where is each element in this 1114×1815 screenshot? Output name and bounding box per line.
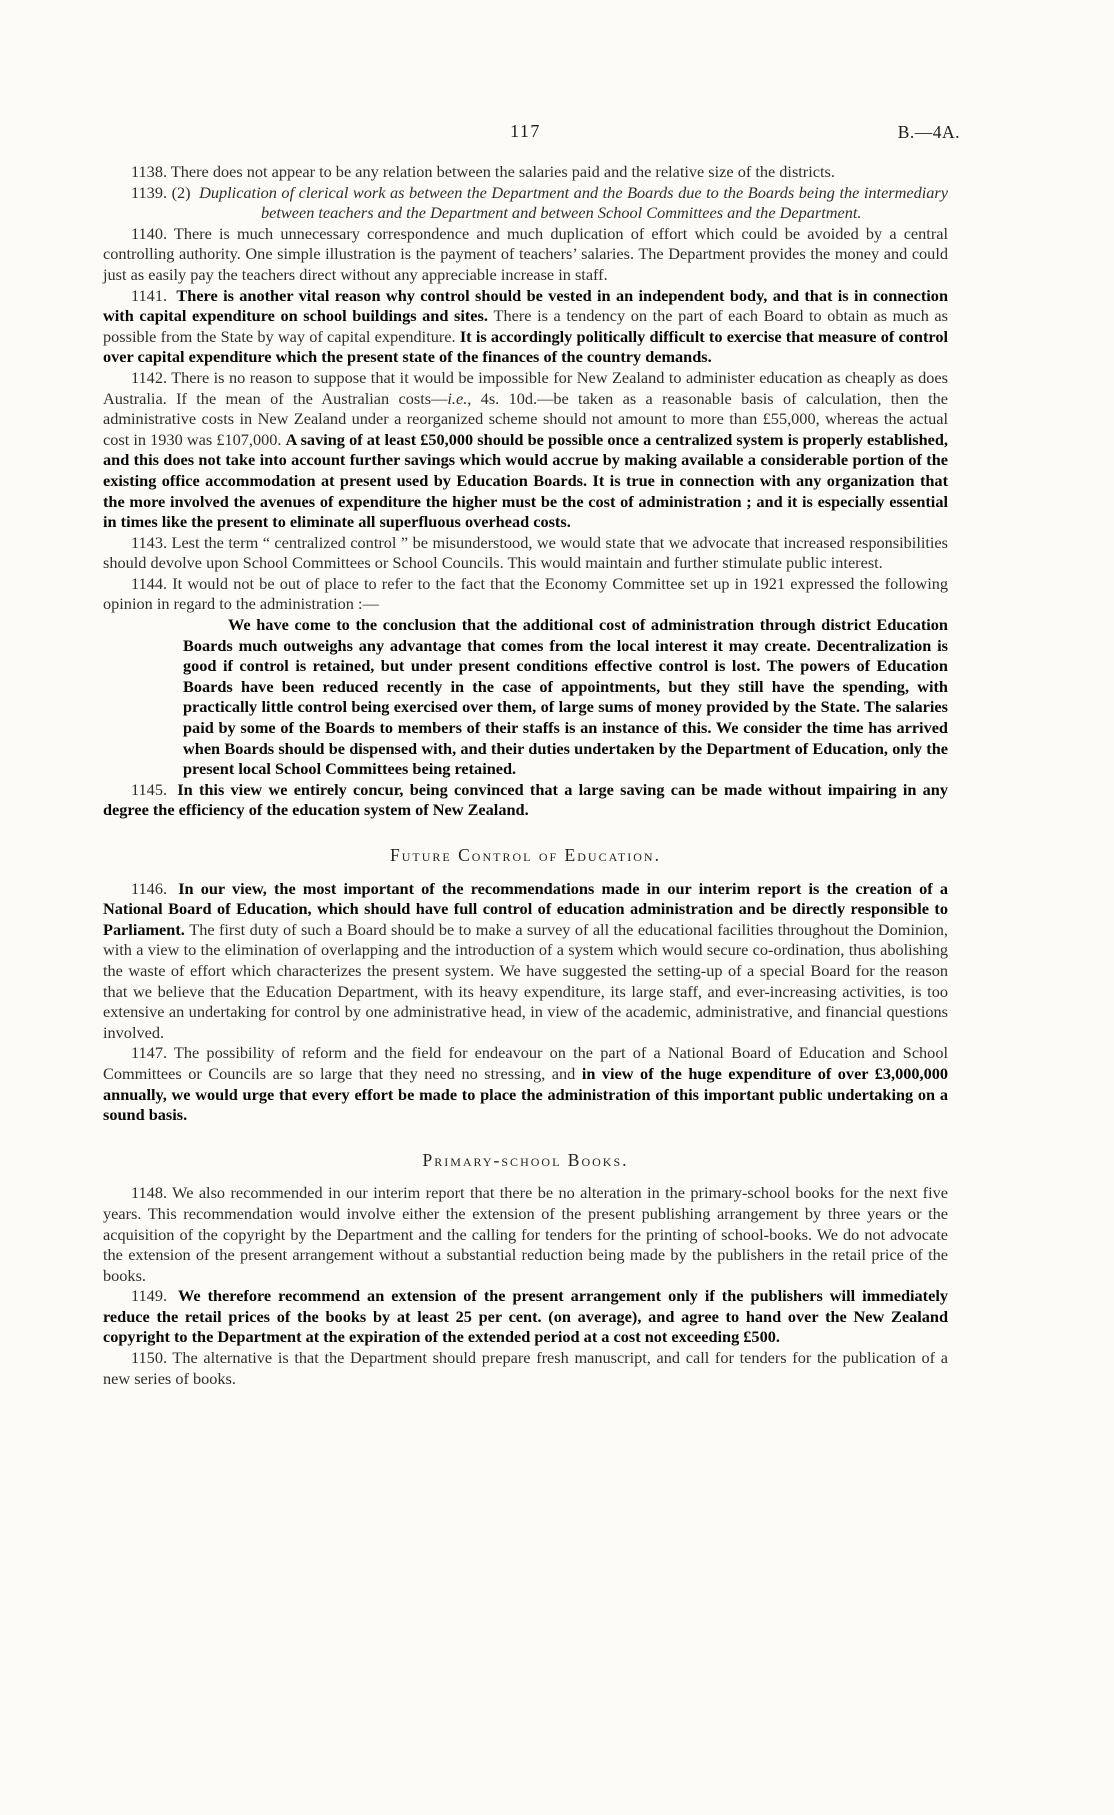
paragraph-text: Duplication of clerical work as between … bbox=[199, 183, 948, 223]
paragraph-text: 1140. There is much unnecessary correspo… bbox=[103, 224, 948, 284]
paragraph-number: 1146. bbox=[131, 879, 178, 898]
paragraph-1144: 1144. It would not be out of place to re… bbox=[103, 574, 948, 615]
heading-future-control-of-education: Future Control of Education. bbox=[103, 845, 948, 866]
paragraph-text-bold: We therefore recommend an extension of t… bbox=[103, 1286, 948, 1346]
paragraph-1146: 1146. In our view, the most important of… bbox=[103, 879, 948, 1044]
paragraph-number: 1141. bbox=[131, 286, 176, 305]
paragraph-1142: 1142. There is no reason to suppose that… bbox=[103, 368, 948, 533]
blockquote-economy-committee: We have come to the conclusion that the … bbox=[183, 615, 948, 780]
paragraph-1148: 1148. We also recommended in our interim… bbox=[103, 1183, 948, 1286]
paragraph-number: 1139. (2) bbox=[131, 183, 199, 202]
paragraph-1139: 1139. (2) Duplication of clerical work a… bbox=[261, 183, 948, 224]
paragraph-text: 1138. There does not appear to be any re… bbox=[131, 162, 835, 181]
paragraph-text: The first duty of such a Board should be… bbox=[103, 920, 948, 1042]
paragraph-1150: 1150. The alternative is that the Depart… bbox=[103, 1348, 948, 1389]
paragraph-number: 1149. bbox=[131, 1286, 178, 1305]
paragraph-text: 1144. It would not be out of place to re… bbox=[103, 574, 948, 614]
body-text-column: 1138. There does not appear to be any re… bbox=[103, 162, 948, 1389]
heading-primary-school-books: Primary-school Books. bbox=[103, 1150, 948, 1171]
paragraph-1143: 1143. Lest the term “ centralized contro… bbox=[103, 533, 948, 574]
paragraph-1140: 1140. There is much unnecessary correspo… bbox=[103, 224, 948, 286]
paragraph-text-italic: i.e. bbox=[447, 389, 467, 408]
scanned-report-page: 117 B.—4A. 1138. There does not appear t… bbox=[0, 0, 1114, 1815]
folio-reference: B.—4A. bbox=[898, 122, 960, 143]
paragraph-1138: 1138. There does not appear to be any re… bbox=[103, 162, 948, 183]
page-header: 117 B.—4A. bbox=[103, 121, 948, 149]
page-number: 117 bbox=[103, 121, 948, 142]
paragraph-text-bold: In this view we entirely concur, being c… bbox=[103, 780, 948, 820]
paragraph-number: 1145. bbox=[131, 780, 177, 799]
paragraph-text: 1150. The alternative is that the Depart… bbox=[103, 1348, 948, 1388]
quote-text-bold: We have come to the conclusion that the … bbox=[183, 615, 948, 778]
paragraph-text: 1143. Lest the term “ centralized contro… bbox=[103, 533, 948, 573]
paragraph-1149: 1149. We therefore recommend an extensio… bbox=[103, 1286, 948, 1348]
paragraph-1145: 1145. In this view we entirely concur, b… bbox=[103, 780, 948, 821]
paragraph-text: 1148. We also recommended in our interim… bbox=[103, 1183, 948, 1284]
paragraph-1147: 1147. The possibility of reform and the … bbox=[103, 1043, 948, 1125]
paragraph-1141: 1141. There is another vital reason why … bbox=[103, 286, 948, 368]
